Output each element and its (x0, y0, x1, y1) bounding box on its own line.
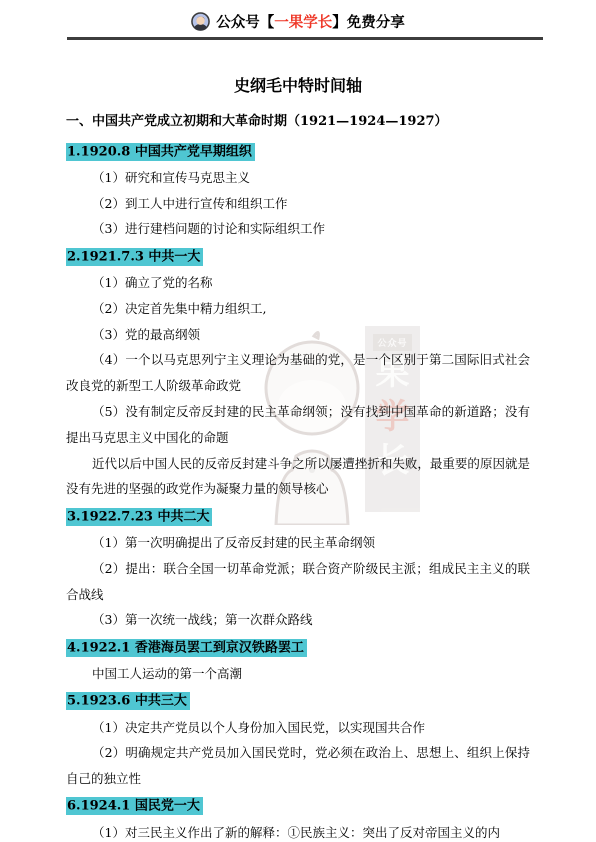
timeline-blocks: 1.1920.8 中国共产党早期组织（1）研究和宣传马克思主义（2）到工人中进行… (66, 137, 530, 842)
account-banner: 公众号【一果学长】免费分享 (216, 11, 405, 32)
timeline-item: （3）党的最高纲领 (66, 322, 530, 348)
document-title: 史纲毛中特时间轴 (66, 74, 530, 98)
header-divider (67, 37, 543, 40)
timeline-item: （1）第一次明确提出了反帝反封建的民主革命纲领 (66, 530, 530, 556)
timeline-item: （1）对三民主义作出了新的解释：①民族主义：突出了反对帝国主义的内 (66, 820, 530, 842)
timeline-heading-highlight: 1.1920.8 中国共产党早期组织 (66, 143, 255, 161)
timeline-heading: 2.1921.7.3 中共一大 (66, 242, 530, 270)
timeline-item: （1）研究和宣传马克思主义 (66, 165, 530, 191)
timeline-item: （3）进行建档问题的讨论和实际组织工作 (66, 216, 530, 242)
timeline-item: （3）第一次统一战线；第一次群众路线 (66, 607, 530, 633)
timeline-heading: 4.1922.1 香港海员罢工到京汉铁路罢工 (66, 633, 530, 661)
account-name: 一果学长 (274, 15, 332, 31)
timeline-item: （1）确立了党的名称 (66, 270, 530, 296)
document-content: 史纲毛中特时间轴 一、中国共产党成立初期和大革命时期（1921—1924—192… (66, 74, 530, 842)
account-banner-prefix: 公众号【 (216, 15, 274, 31)
timeline-paragraph: 中国工人运动的第一个高潮 (66, 661, 530, 687)
timeline-item: （5）没有制定反帝反封建的民主革命纲领；没有找到中国革命的新道路；没有提出马克思… (66, 399, 530, 451)
timeline-heading-highlight: 4.1922.1 香港海员罢工到京汉铁路罢工 (66, 639, 307, 657)
timeline-item: （2）提出：联合全国一切革命党派；联合资产阶级民主派；组成民主主义的联合战线 (66, 556, 530, 608)
section-heading: 一、中国共产党成立初期和大革命时期（1921—1924—1927） (66, 109, 530, 134)
timeline-item: （4）一个以马克思列宁主义理论为基础的党，是一个区别于第二国际旧式社会改良党的新… (66, 347, 530, 399)
timeline-heading-highlight: 2.1921.7.3 中共一大 (66, 248, 203, 266)
timeline-heading: 5.1923.6 中共三大 (66, 687, 530, 715)
timeline-heading-highlight: 6.1924.1 国民党一大 (66, 797, 203, 815)
document-page: 公众号【一果学长】免费分享 公众号 果 学 长 史纲毛中特时间轴 一、中国共 (0, 0, 596, 842)
timeline-heading-highlight: 3.1922.7.23 中共二大 (66, 508, 212, 526)
timeline-heading: 1.1920.8 中国共产党早期组织 (66, 137, 530, 165)
account-avatar-icon (191, 12, 210, 31)
timeline-heading: 6.1924.1 国民党一大 (66, 792, 530, 820)
timeline-item: （2）明确规定共产党员加入国民党时，党必须在政治上、思想上、组织上保持自己的独立… (66, 740, 530, 792)
page-header: 公众号【一果学长】免费分享 (0, 8, 596, 34)
timeline-heading: 3.1922.7.23 中共二大 (66, 502, 530, 530)
timeline-item: （2）到工人中进行宣传和组织工作 (66, 191, 530, 217)
timeline-paragraph: 近代以后中国人民的反帝反封建斗争之所以屡遭挫折和失败，最重要的原因就是没有先进的… (66, 451, 530, 503)
timeline-item: （1）决定共产党员以个人身份加入国民党，以实现国共合作 (66, 715, 530, 741)
timeline-heading-highlight: 5.1923.6 中共三大 (66, 692, 190, 710)
timeline-item: （2）决定首先集中精力组织工, (66, 296, 530, 322)
account-banner-suffix: 】免费分享 (332, 15, 405, 31)
